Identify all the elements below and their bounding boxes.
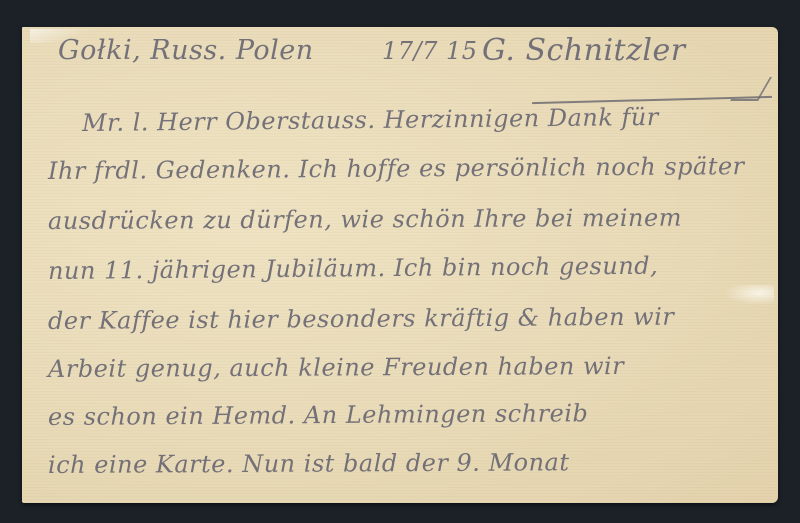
body-line-4: nun 11. jährigen Jubiläum. Ich bin noch … bbox=[48, 252, 658, 285]
body-line-7: es schon ein Hemd. An Lehmingen schreib bbox=[48, 399, 589, 431]
header-date: 17/7 15 bbox=[382, 37, 478, 65]
body-line-3: ausdrücken zu dürfen, wie schön Ihre bei… bbox=[48, 204, 682, 235]
header-sender-signature: G. Schnitzler bbox=[482, 33, 686, 68]
body-line-6: Arbeit genug, auch kleine Freuden haben … bbox=[48, 352, 624, 383]
postcard: Gołki, Russ. Polen 17/7 15 G. Schnitzler… bbox=[22, 27, 778, 503]
body-line-1: Mr. l. Herr Oberstauss. Herzinnigen Dank… bbox=[82, 103, 659, 137]
body-line-2: Ihr frdl. Gedenken. Ich hoffe es persönl… bbox=[48, 152, 745, 185]
paper-tear bbox=[724, 285, 774, 305]
header-place: Gołki, Russ. Polen bbox=[58, 35, 314, 66]
body-line-5: der Kaffee ist hier besonders kräftig & … bbox=[48, 303, 674, 335]
body-line-8: ich eine Karte. Nun ist bald der 9. Mona… bbox=[48, 448, 570, 479]
